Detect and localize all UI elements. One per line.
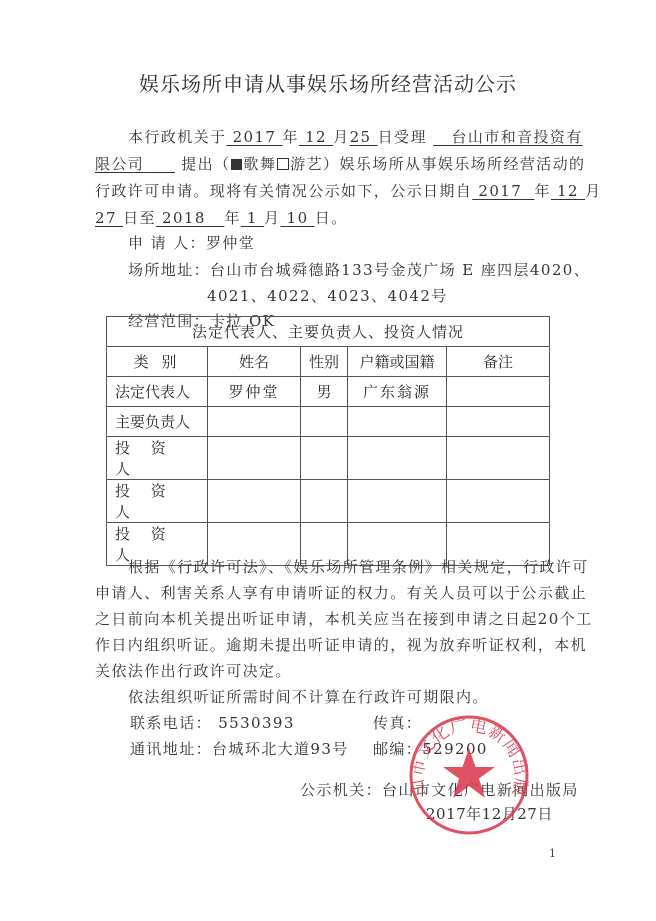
postcode-label: 邮编： [373,740,422,758]
end-month: 1 [241,209,264,227]
submit-text: 提出（ [181,155,230,173]
row-gender: 男 [301,377,348,407]
mail-address-label: 通讯地址： [130,740,212,758]
row-note [447,377,550,407]
address-row: 场所地址：台山市台城舜德路133号金茂广场 E 座四层4020、 [128,257,590,283]
intro-line-2: 限公司 提出（歌舞游艺）娱乐场所从事娱乐场所经营活动的 [95,151,585,177]
fax-row: 传真： [373,710,422,736]
address-label: 场所地址： [128,261,210,279]
legal-line-4: 作日内组织听证。逾期未提出听证申请的，视为放弃听证权利，本机 [95,632,587,658]
applicant-label: 申 请 人： [128,234,206,252]
applicant-row: 申 请 人：罗仲堂 [128,230,255,256]
agency-row: 公示机关：台山市文化广电新闻出版局 [300,777,579,803]
option-song-dance: 歌舞 [243,155,276,173]
row-origin [348,407,447,437]
postcode-row: 邮编：529200 [373,736,488,762]
intro-text-3: 行政许可申请。现将有关情况公示如下，公示日期自 [95,182,472,200]
page-number: 1 [549,847,556,860]
row-origin [348,437,447,480]
day-text: 日受理 [378,128,427,146]
phone-label: 联系电话： [130,714,212,732]
row-name [208,480,301,523]
publish-date: 2017年12月27日 [426,801,553,827]
phone-row: 联系电话： 5530393 [130,710,295,736]
intro-line-3: 行政许可申请。现将有关情况公示如下，公示日期自 2017 年 12 月 [95,178,602,204]
accept-year: 2017 [226,128,282,146]
legal-line-5: 关依法作出行政许可决定。 [95,658,292,684]
intro-line-4: 27 日至 2018 年 1 月 10 日。 [95,205,348,231]
persons-table: 法定代表人、主要负责人、投资人情况 类 别 姓名 性别 户籍或国籍 备注 法定代… [106,316,550,566]
table-row: 投 资 人 [107,437,550,480]
row-origin [348,480,447,523]
header-name: 姓名 [208,347,301,377]
row-name [208,437,301,480]
row-gender [301,407,348,437]
year-unit: 年 [224,209,240,227]
row-name [208,407,301,437]
row-gender [301,437,348,480]
table-header-row: 类 别 姓名 性别 户籍或国籍 备注 [107,347,550,377]
end-day: 10 [280,209,314,227]
intro-line-1: 本行政机关于 2017 年 12 月25 日受理 台山市和音投资有 [128,124,583,150]
table-caption-row: 法定代表人、主要负责人、投资人情况 [107,317,550,347]
table-row: 投 资 人 [107,480,550,523]
company-name-part1: 台山市和音投资有 [433,128,583,146]
postcode-value: 529200 [422,740,488,758]
month-unit: 月 [264,209,280,227]
table-row: 主要负责人 [107,407,550,437]
table-row: 法定代表人 罗仲堂 男 广东翁源 [107,377,550,407]
month-unit: 月 [333,128,349,146]
row-note [447,407,550,437]
row-note [447,437,550,480]
legal-line-1: 根据《行政许可法》、《娱乐场所管理条例》相关规定，行政许可 [128,554,589,580]
legal-line-3: 之日前向本机关提出听证申请，本机关应当在接到申请之日起20个工 [95,606,593,632]
applicant-value: 罗仲堂 [206,234,255,252]
agency-label: 公示机关： [300,781,382,799]
start-day: 27 [95,209,123,227]
year-unit: 年 [535,182,551,200]
row-category: 投 资 人 [107,437,208,480]
to-text: 日至 [123,209,156,227]
checkbox-checked-icon [231,159,242,170]
row-gender [301,480,348,523]
intro-rest: ）娱乐场所从事娱乐场所经营活动的 [323,155,585,173]
row-category: 主要负责人 [107,407,208,437]
accept-day: 25 [350,128,378,146]
table-caption: 法定代表人、主要负责人、投资人情况 [107,317,550,347]
start-month: 12 [551,182,585,200]
checkbox-empty-icon [277,158,289,170]
legal-line-2: 申请人、利害关系人享有申请听证的权力。有关人员可以于公示截止 [95,580,587,606]
header-note: 备注 [447,347,550,377]
header-category: 类 别 [107,347,208,377]
header-gender: 性别 [301,347,348,377]
row-category: 法定代表人 [107,377,208,407]
intro-prefix: 本行政机关于 [128,128,226,146]
row-note [447,480,550,523]
address-value-line2: 4021、4022、4023、4042号 [207,283,448,309]
end-year: 2018 [156,209,224,227]
day-unit: 日。 [315,209,348,227]
accept-month: 12 [299,128,333,146]
row-origin: 广东翁源 [348,377,447,407]
year-unit: 年 [283,128,299,146]
mail-address-row: 通讯地址：台城环北大道93号 [130,736,349,762]
start-year: 2017 [472,182,534,200]
document-title: 娱乐场所申请从事娱乐场所经营活动公示 [0,68,656,97]
row-category: 投 资 人 [107,480,208,523]
legal-line-6: 依法组织听证所需时间不计算在行政许可期限内。 [128,684,489,710]
company-name-part2: 限公司 [95,155,175,173]
header-origin: 户籍或国籍 [348,347,447,377]
fax-label: 传真： [373,714,422,732]
month-unit: 月 [585,182,601,200]
option-arcade: 游艺 [290,155,323,173]
mail-address-value: 台城环北大道93号 [212,740,349,758]
agency-value: 台山市文化广电新闻出版局 [382,781,579,799]
row-name: 罗仲堂 [208,377,301,407]
phone-value: 5530393 [218,714,295,732]
address-value-line1: 台山市台城舜德路133号金茂广场 E 座四层4020、 [210,261,590,279]
